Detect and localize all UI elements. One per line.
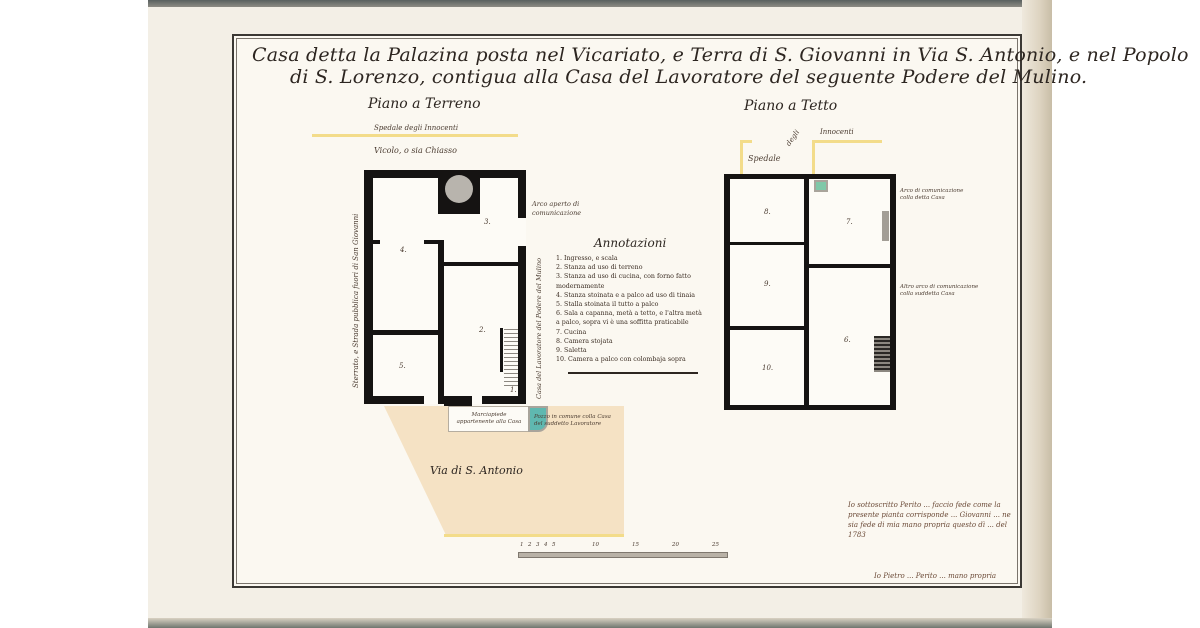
- wall-south-3: [482, 396, 526, 404]
- u-wall-south: [724, 405, 896, 410]
- u-wall-int-1: [724, 242, 806, 245]
- upper-building-area: [724, 174, 896, 410]
- annotation-item: 5. Stalla stoinata il tutto a palco: [556, 300, 706, 309]
- u-wall-int-2: [804, 264, 896, 268]
- well-label: Pozzo in comune colla Casa del suddetto …: [534, 414, 618, 428]
- stairs: [504, 326, 518, 386]
- scale-tick: 25: [712, 542, 719, 548]
- annotation-item: 10. Camera a palco con colombaja sopra: [556, 355, 706, 364]
- upper-stairs: [874, 336, 890, 372]
- sidewalk-label: Marciapiede appartenente alla Casa: [452, 412, 526, 426]
- sink-icon: [814, 180, 828, 192]
- room-7: 7.: [846, 218, 853, 226]
- annotations-list: 1. Ingresso, e scala 2. Stanza ad uso di…: [556, 254, 706, 364]
- room-8: 8.: [764, 208, 771, 216]
- arch-label: Arco aperto di comunicazione: [532, 200, 612, 218]
- annotation-item: 3. Stanza ad uso di cucina, con forno fa…: [556, 272, 706, 290]
- room-10: 10.: [762, 364, 773, 372]
- wall-south-1: [364, 396, 424, 404]
- book-spine-bottom: [148, 618, 1052, 628]
- certification-text: Io sottoscritto Perito ... faccio fede c…: [848, 500, 1014, 540]
- room-4: 4.: [400, 246, 407, 254]
- annotation-item: 8. Camera stojata: [556, 337, 706, 346]
- street-line-l2: [740, 140, 752, 143]
- alley-label: Vicolo, o sia Chiasso: [374, 146, 457, 155]
- left-street-label: Sterrato, e Strada pubblica fuori di San…: [352, 188, 360, 388]
- wall-int-4: [364, 330, 444, 335]
- upper-street-1: Spedale: [748, 154, 781, 163]
- page-edge: [1022, 0, 1052, 628]
- upper-floor-heading: Piano a Tetto: [744, 98, 837, 114]
- annotation-item: 7. Cucina: [556, 328, 706, 337]
- ground-floor-heading: Piano a Terreno: [368, 96, 481, 112]
- scale-tick: 2: [528, 542, 532, 548]
- annotation-item: 1. Ingresso, e scala: [556, 254, 706, 263]
- annotation-item: 2. Stanza ad uso di terreno: [556, 263, 706, 272]
- annotation-item: 6. Sala a capanna, metà a tetto, e l'alt…: [556, 309, 706, 327]
- title-line-1: Casa detta la Palazina posta nel Vicaria…: [252, 44, 1189, 66]
- room-6: 6.: [844, 336, 851, 344]
- annotations-heading: Annotazioni: [594, 236, 666, 250]
- oven-icon: [445, 175, 473, 203]
- scale-tick: 4: [544, 542, 548, 548]
- u-wall-north: [724, 174, 896, 179]
- upper-street-2: degli: [784, 128, 801, 147]
- room-2: 2.: [479, 326, 486, 334]
- scale-tick: 15: [632, 542, 639, 548]
- room-5: 5.: [399, 362, 406, 370]
- scale-bar-line: [518, 552, 728, 558]
- signature: Io Pietro ... Perito ... mano propria: [874, 572, 996, 580]
- room-1: 1.: [510, 386, 517, 394]
- scale-tick: 20: [672, 542, 679, 548]
- book-page: Casa detta la Palazina posta nel Vicaria…: [148, 0, 1052, 628]
- street-line-r: [812, 140, 815, 174]
- u-wall-east: [890, 174, 896, 410]
- u-wall-int-3: [724, 326, 806, 330]
- street-top-label: Spedale degli Innocenti: [374, 124, 458, 132]
- road-edge-south: [444, 534, 624, 537]
- u-wall-west: [724, 174, 730, 410]
- wall-east: [518, 246, 526, 404]
- title-line-2: di S. Lorenzo, contigua alla Casa del La…: [290, 66, 1087, 88]
- wall-int-3: [444, 262, 526, 266]
- wall-south-2: [444, 396, 472, 406]
- stair-wall: [500, 328, 503, 372]
- right-house-label: Casa del Lavoratore del Podere del Mulin…: [535, 269, 543, 399]
- scale-tick: 1: [520, 542, 524, 548]
- annotation-item: 4. Stanza stoinata e a palco ad uso di t…: [556, 291, 706, 300]
- book-spine-top: [148, 0, 1052, 7]
- scale-tick: 10: [592, 542, 599, 548]
- u-wall-spine: [804, 174, 809, 410]
- wall-east-top: [518, 170, 526, 218]
- room-3: 3.: [484, 218, 491, 226]
- hearth-icon: [882, 211, 889, 241]
- wall-west: [364, 170, 373, 404]
- upper-street-3: Innocenti: [820, 128, 854, 136]
- street-line-top: [312, 134, 518, 137]
- street-bottom-label: Via di S. Antonio: [430, 464, 523, 477]
- scale-tick: 3: [536, 542, 540, 548]
- scale-tick: 5: [552, 542, 556, 548]
- annotations-underline: [568, 372, 698, 374]
- annotation-item: 9. Saletta: [556, 346, 706, 355]
- wall-int-1: [364, 240, 380, 244]
- upper-arch-label-2: Altro arco di comunicazione colla suddet…: [900, 284, 980, 298]
- street-line-l: [740, 140, 743, 174]
- street-line-r2: [812, 140, 882, 143]
- upper-arch-label-1: Arco di comunicazione colla detta Casa: [900, 188, 970, 202]
- room-9: 9.: [764, 280, 771, 288]
- drawing-sheet: Casa detta la Palazina posta nel Vicaria…: [232, 34, 1022, 588]
